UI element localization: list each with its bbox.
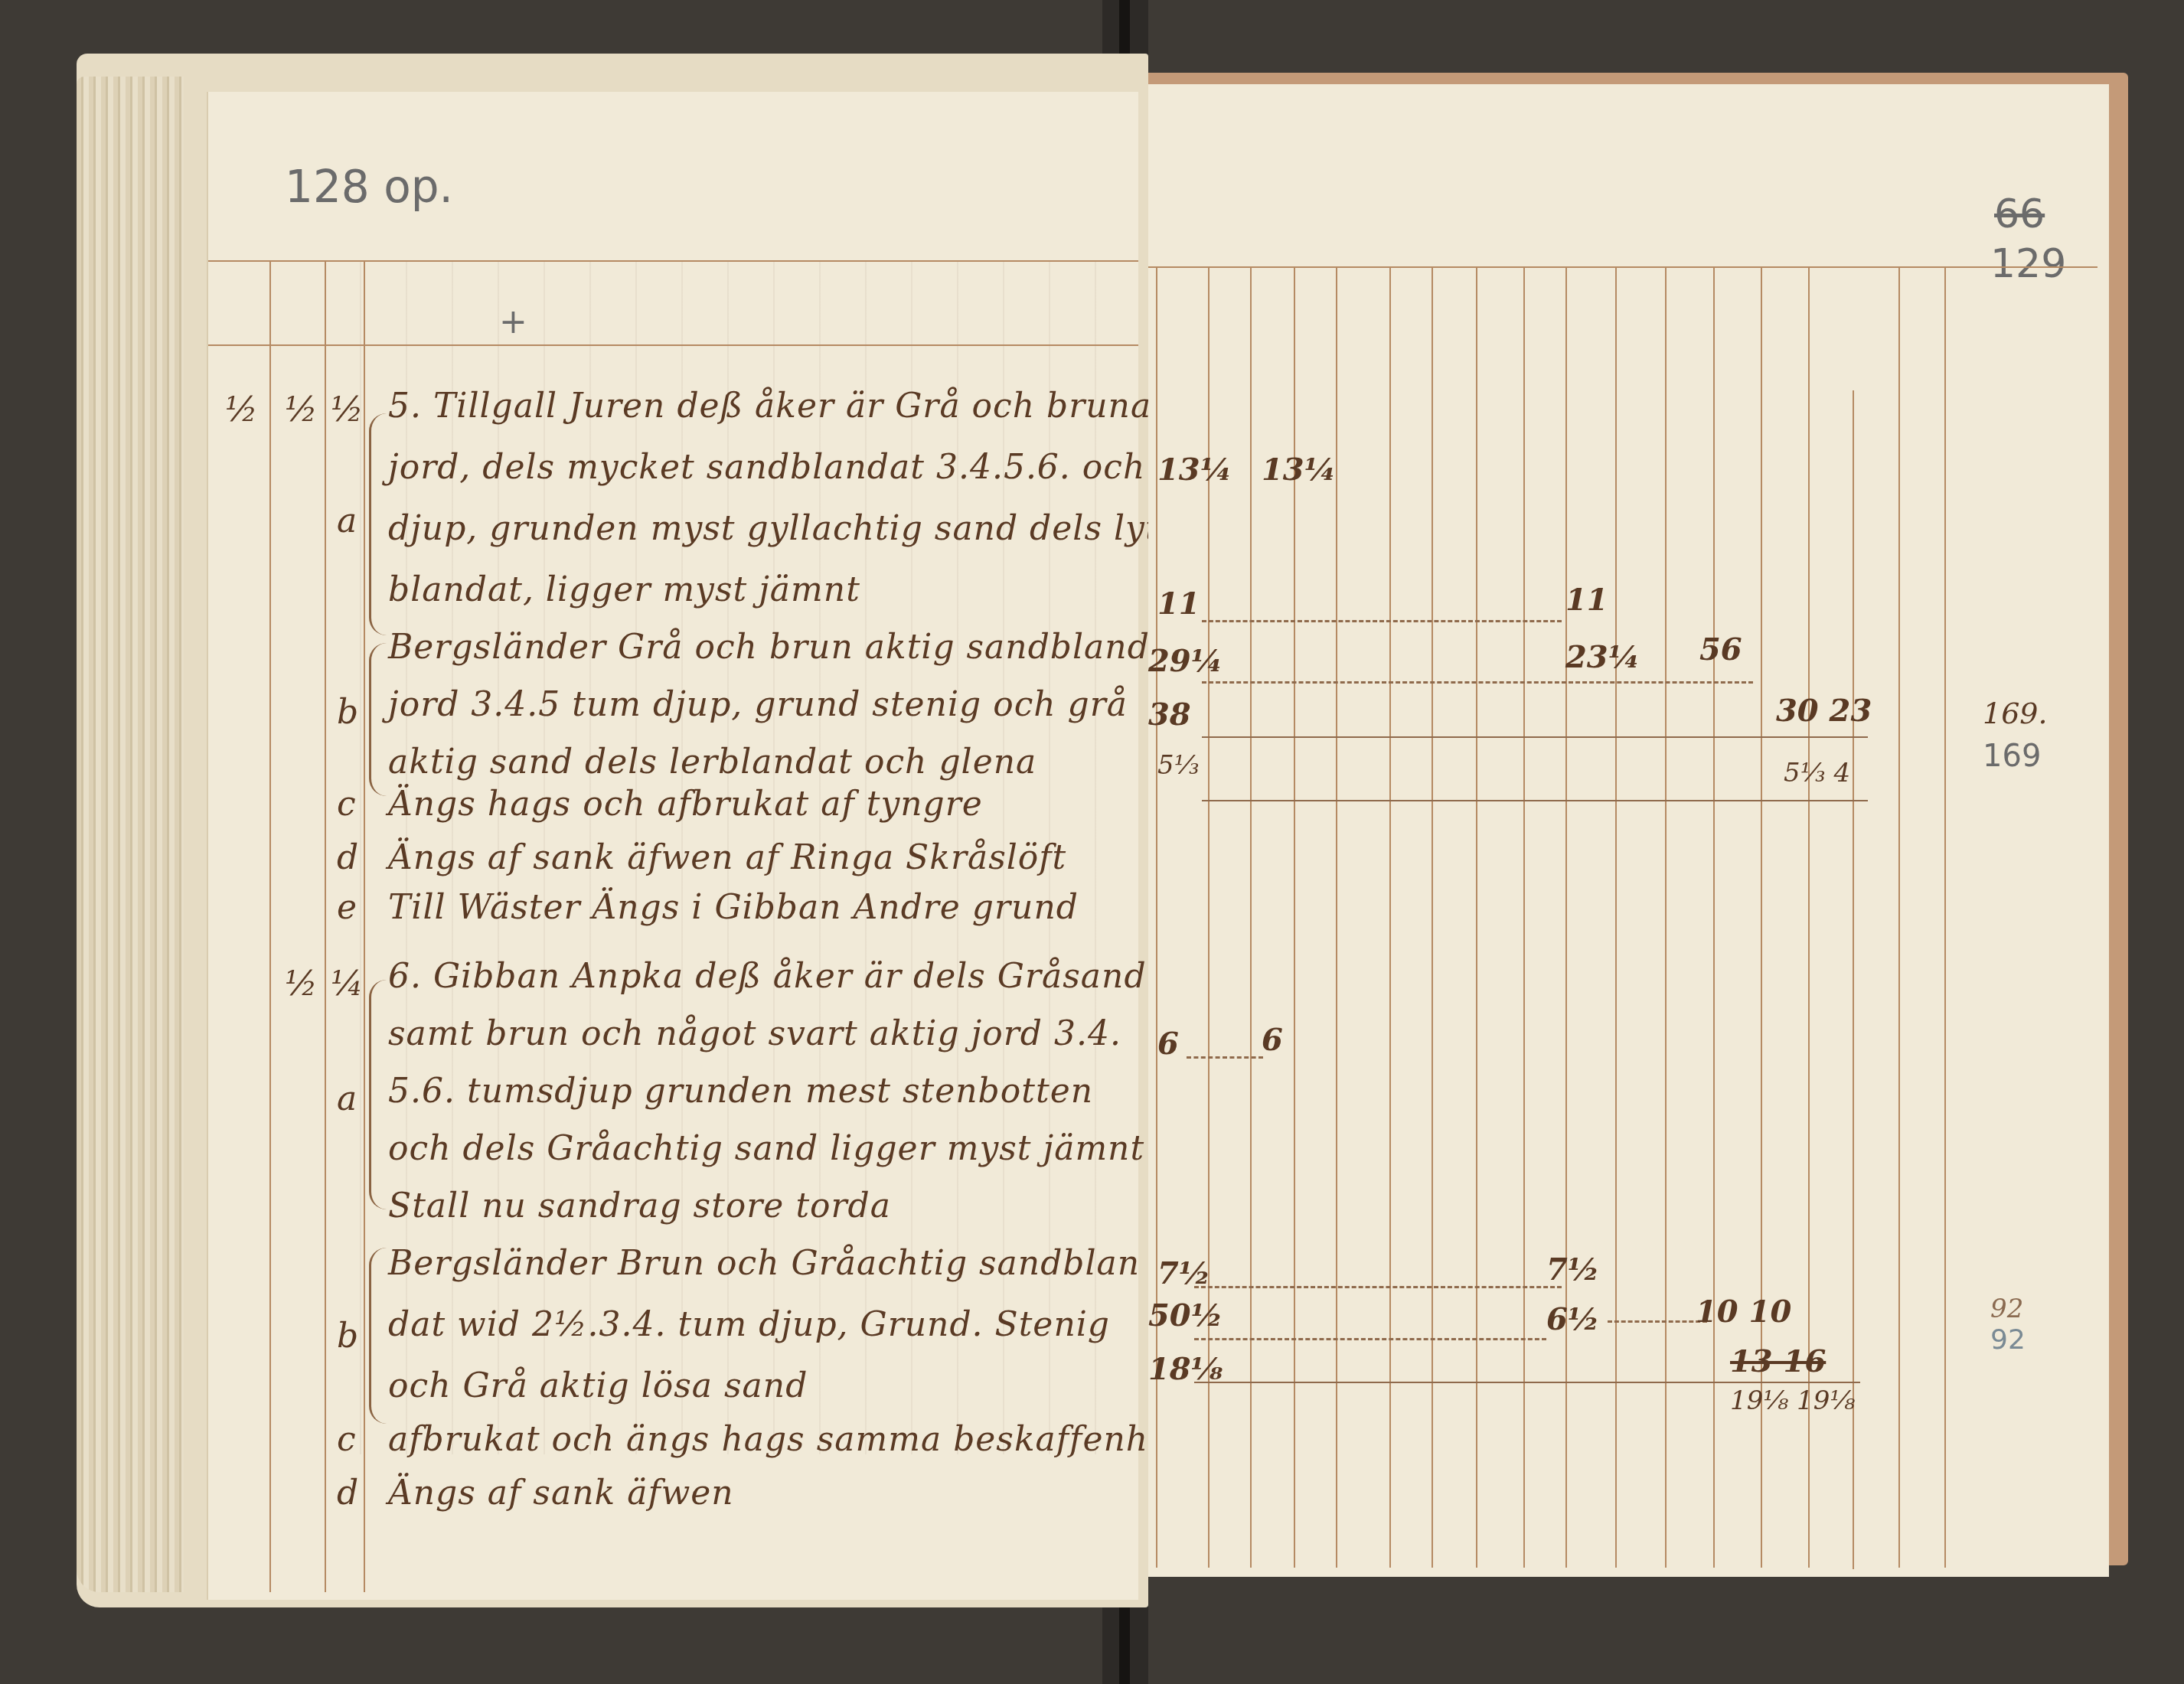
brace — [369, 980, 387, 1209]
entry-line: Ängs hags och afbrukat af tyngre — [388, 785, 983, 824]
margin-total-pencil: 169 — [1983, 739, 2041, 774]
figure: 38 — [1148, 697, 1191, 733]
column-rule — [1944, 266, 1946, 1568]
figure: 6 — [1157, 1026, 1179, 1062]
entry-line: Ängs af sank äfwen — [388, 1473, 734, 1513]
header-rule — [1148, 266, 2097, 268]
left-folio-number: 128 op. — [285, 161, 453, 213]
figure: 56 — [1699, 631, 1742, 667]
entry-line: 5. Tillgall Juren deß åker är Grå och br… — [388, 387, 1221, 426]
fraction-col-b: ¼ — [331, 964, 364, 1004]
leader-dashes — [1202, 681, 1753, 684]
fraction-col-b: ½ — [331, 390, 364, 429]
fraction-col-a: ½ — [285, 390, 318, 429]
pencil-cross-mark: + — [499, 302, 527, 341]
column-rule — [269, 260, 271, 1592]
entry-line: jord, dels mycket sandblandat 3.4.5.6. o… — [388, 448, 1260, 487]
entry-line: Bergsländer Grå och brun aktig sandbland… — [388, 628, 1185, 667]
sub-label-b: b — [337, 1317, 358, 1356]
column-rule — [1665, 266, 1667, 1568]
margin-total-pencil: 92 — [1990, 1324, 2026, 1356]
figure: 30 23 — [1776, 693, 1872, 729]
sub-label-c: c — [337, 1420, 356, 1459]
column-rule — [364, 260, 365, 1592]
entry-line: Ängs af sank äfwen af Ringa Skråslöft — [388, 838, 1066, 877]
entry-line: jord 3.4.5 tum djup, grund stenig och gr… — [388, 685, 1128, 724]
entry-line: Till Wäster Ängs i Gibban Andre grund — [388, 888, 1079, 927]
figure: 50½ — [1148, 1297, 1223, 1333]
sub-label-b: b — [337, 693, 358, 732]
sub-label-d: d — [337, 838, 358, 877]
figure: 19⅛ 19⅛ — [1730, 1385, 1855, 1416]
brace — [369, 643, 387, 796]
figure: 6 — [1262, 1022, 1283, 1058]
leader-dashes — [1194, 1286, 1562, 1288]
column-rule — [1476, 266, 1477, 1568]
column-rule — [1898, 266, 1900, 1568]
sub-label-e: e — [337, 888, 357, 927]
brace — [369, 1248, 387, 1424]
entry-line: afbrukat och ängs hags samma beskaffenhe… — [388, 1420, 1183, 1459]
right-page: 66 129 13¼ 13¼ 11 11 29¼ 23¼ 56 38 30 23… — [1148, 84, 2109, 1577]
entry-line: Stall nu sandrag store torda — [388, 1186, 891, 1225]
column-rule — [1432, 266, 1433, 1568]
sub-label-a: a — [337, 501, 357, 540]
column-rule — [325, 260, 326, 1592]
entry-line: dat wid 2½.3.4. tum djup, Grund. Stenig — [388, 1305, 1110, 1344]
entry-line: samt brun och något svart aktig jord 3.4… — [388, 1014, 1121, 1053]
right-folio-number: 129 — [1990, 241, 2066, 287]
figure: 13¼ — [1157, 452, 1232, 488]
figure: 11 — [1565, 582, 1608, 618]
row-rule — [1194, 1382, 1860, 1383]
row-rule — [1202, 800, 1868, 801]
figure-struck: 13 16 — [1730, 1343, 1826, 1379]
figure: 11 — [1157, 586, 1200, 622]
sub-label-d: d — [337, 1473, 358, 1513]
margin-fraction: ½ — [225, 390, 258, 429]
figure: 29¼ — [1148, 643, 1223, 679]
fraction-col-a: ½ — [285, 964, 318, 1004]
page-edges — [77, 77, 184, 1592]
entry-line: aktig sand dels lerblandat och glena — [388, 742, 1037, 782]
column-rule — [1250, 266, 1252, 1568]
row-rule — [1202, 736, 1868, 738]
header-rule — [208, 260, 1138, 262]
entry-line: Bergsländer Brun och Gråachtig sandblan — [388, 1244, 1140, 1283]
figure: 5⅓ — [1157, 750, 1200, 781]
figure: 23¼ — [1565, 639, 1640, 675]
entry-line: blandat, ligger myst jämnt — [388, 570, 860, 609]
figure: 7½ — [1546, 1252, 1600, 1287]
header-rule-2 — [208, 344, 1138, 346]
figure: 5⅓ 4 — [1784, 758, 1850, 788]
entry-line: djup, grunden myst gyllachtig sand dels … — [388, 509, 1269, 548]
column-rule — [1565, 266, 1567, 1568]
leader-dashes — [1608, 1320, 1707, 1323]
entry-line: 6. Gibban Anpka deß åker är dels Gråsand… — [388, 957, 1243, 996]
brace — [369, 413, 387, 635]
entry-line: och Grå aktig lösa sand — [388, 1366, 808, 1405]
entry-line: 5.6. tumsdjup grunden mest stenbotten — [388, 1072, 1093, 1111]
margin-total: 92 — [1990, 1294, 2023, 1324]
column-rule — [1389, 266, 1391, 1568]
column-rule — [1713, 266, 1715, 1568]
leader-dashes — [1187, 1056, 1263, 1059]
sub-label-a: a — [337, 1079, 357, 1118]
left-page: 128 op. + ½ ½ ½ a 5. Tillgall Juren deß … — [207, 92, 1138, 1600]
leader-dashes — [1202, 620, 1562, 622]
figure: 13¼ — [1262, 452, 1336, 488]
figure: 6½ — [1546, 1301, 1600, 1337]
column-rule — [1615, 266, 1617, 1568]
struck-folio-number: 66 — [1994, 191, 2045, 237]
sub-label-c: c — [337, 785, 356, 824]
entry-line: och dels Gråachtig sand ligger myst jämn… — [388, 1129, 1144, 1168]
margin-total: 169. — [1983, 697, 2048, 730]
leader-dashes — [1194, 1338, 1546, 1340]
figure: 10 10 — [1696, 1294, 1791, 1330]
column-rule — [1523, 266, 1525, 1568]
